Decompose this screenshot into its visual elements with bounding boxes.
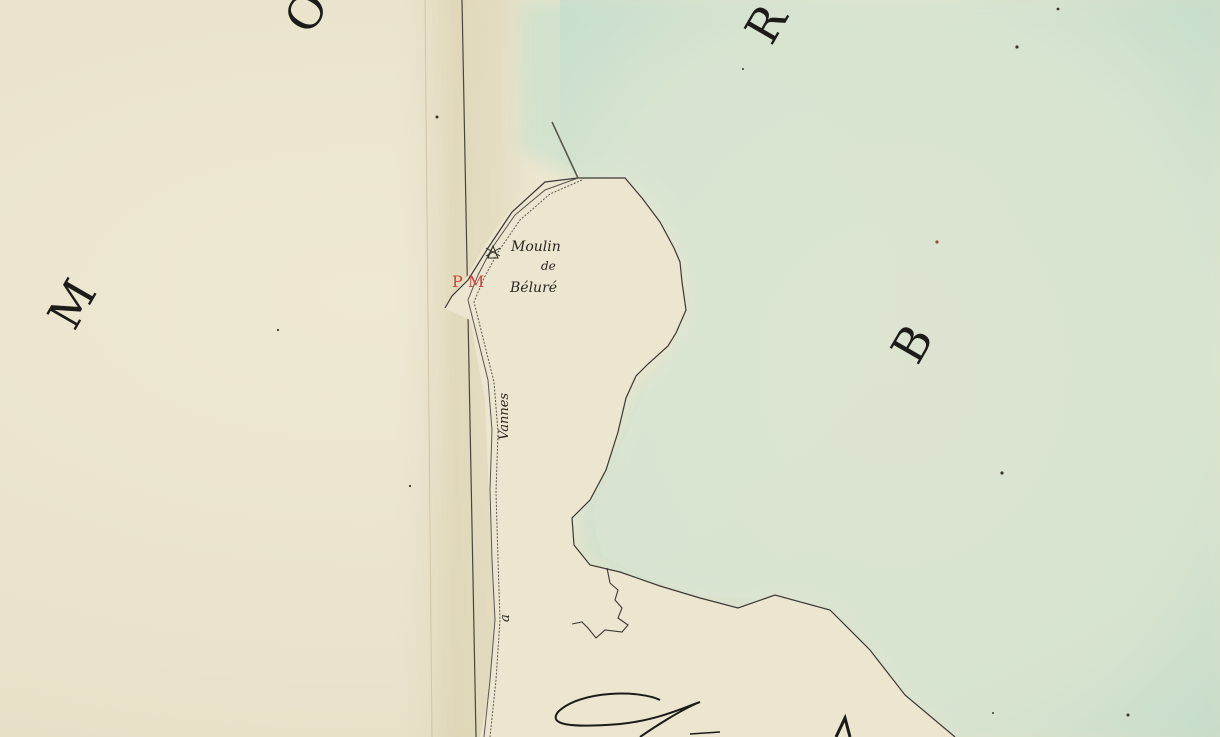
historical-map: O R M B Moulin de Béluré P M Vannes a: [0, 0, 1220, 737]
letter-m: M: [37, 270, 107, 338]
letter-o: O: [273, 0, 339, 42]
label-vannes: Vannes: [497, 393, 512, 440]
map-canvas: O R M B Moulin de Béluré P M Vannes a: [0, 0, 1220, 737]
label-moulin: Moulin: [510, 239, 561, 255]
label-belure: Béluré: [509, 280, 557, 296]
label-red-marker: P M: [452, 272, 484, 291]
label-de: de: [541, 259, 556, 273]
label-a: a: [498, 614, 513, 622]
